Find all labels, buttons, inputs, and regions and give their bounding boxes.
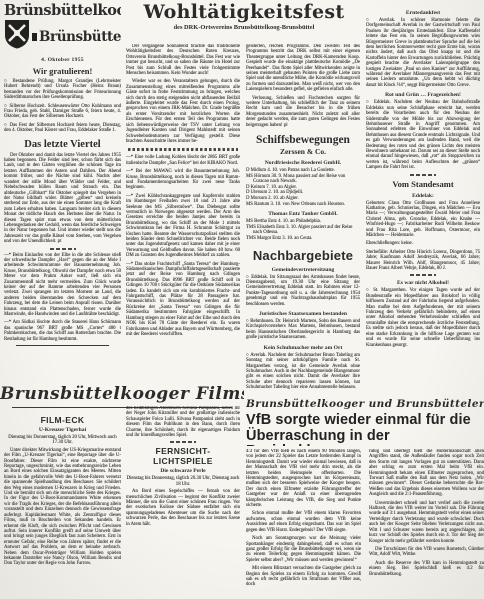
lead-paragraph: Der vergangene Sonnabend brachte das tra…	[126, 44, 240, 76]
showtimes: Dienstag bis Donnerstag, täglich 20 Uhr,…	[4, 435, 121, 446]
article-erntedankfest: ○ Averlak. In schöner Harmonie feierte d…	[366, 18, 480, 88]
news-brief-kuehlschrank: —* Zwei Kühlschrankaggregate und Kupferr…	[126, 194, 240, 259]
standesamt-geburten: Geburten: Claus Otto Großhusen und Frau …	[366, 201, 480, 239]
masthead: Brünsbüttelkoog Brünsbüttel 4. Oktober 1…	[4, 3, 121, 63]
film-eck-column: FILM-ECK U-Kreuzer Tigerhai Dienstag bis…	[4, 413, 121, 599]
sport-paragraph: 4:3 für den VfB hieß es nach einem 90 Mi…	[246, 449, 361, 508]
sport-paragraph: ruhig und überlegt hielt die Hintermanns…	[369, 449, 484, 498]
article-alkohol: ○ St. Margarethen. Vor einigen Tagen wur…	[366, 288, 480, 347]
showtimes: Dienstag bis Donnerstag, täglich 20.30 U…	[126, 476, 240, 487]
shipping-subhead-entz: Thomas Entz Tanker GmbH.	[246, 211, 360, 217]
sport-paragraph: Noch am Sonntagmorgen war die Meinung vi…	[246, 536, 361, 563]
lead-paragraph: geisterten, reichen Programms. Den zweit…	[246, 44, 360, 93]
masthead-bar-left	[32, 33, 37, 41]
sport-paragraph: Unvermindert schnell und hart verlief au…	[369, 501, 484, 544]
standesamt-eheschliessungen: Eheschließungen: keine.	[366, 241, 480, 246]
gratulieren-item: ○ Bestandene Prüfung. Margot Grandjes (L…	[4, 79, 121, 101]
gratulieren-item: ○ Das Fest der Silbernen Hochzeit feiern…	[4, 123, 121, 134]
film-review: Unter direkter Mitwirkung der US-Kriegsm…	[4, 448, 121, 567]
sport-headline-block: VfB sorgte wieder einmal für die Überras…	[246, 413, 484, 446]
column-1: Brünsbüttelkoog Brünsbüttel 4. Oktober 1…	[4, 3, 121, 383]
shipping-subhead-nordfriesische: Nordfriesische Reederei GmbH.	[246, 160, 360, 166]
coat-of-arms-icon	[4, 19, 30, 54]
column-end-rule	[16, 345, 110, 346]
masthead-title-line2: Brünsbüttel	[39, 29, 121, 45]
movie-die-schwarze-perle: Die schwarze Perle	[126, 468, 240, 474]
article-rot-und-gruen: ○ Eddelak. Nachdem der Neubau der Bahnho…	[366, 100, 480, 170]
newspaper-page: Brünsbüttelkoog Brünsbüttel 4. Oktober 1…	[0, 0, 484, 599]
ship-movement-line: MS Rantum 3. 10. von New Orleans nach Ho…	[246, 202, 360, 208]
heading-vom-standesamt: Vom Standesamt	[366, 180, 480, 189]
subhead-kein-schuhmacher: Kein Schuhmacher mehr am Ort	[246, 345, 360, 351]
heading-nachbargebiete: Nachbargebiete	[246, 248, 360, 263]
heading-rot-und-gruen: Rot und Grün … Fragezeichen!	[366, 92, 480, 98]
section-divider	[170, 441, 196, 443]
subhead-gemeindevertretersitzung: Gemeindevertretersitzung	[246, 267, 360, 273]
sport-headline: VfB sorgte wieder einmal für die Überras…	[246, 413, 484, 446]
news-brief-kohlen: —* Eine volle Ladung Kohlen löscht der 2…	[126, 155, 240, 166]
heading-es-war-nicht-alkohol: Es war nicht Alkohol!	[366, 280, 480, 286]
gratulieren-item: ○ Silberne Hochzeit. Schleusenwärter Ott…	[4, 104, 121, 120]
column-3: geisterten, reichen Programms. Den zweit…	[246, 44, 360, 394]
article-das-letzte-viertel: Der Oktober und damit das letzte Viertel…	[4, 153, 121, 245]
section-divider	[50, 248, 76, 250]
ship-movement-line: TMS Elisabeth Entz 3. 10. Algier passier…	[246, 225, 360, 236]
nachbar-item: ○ Averlak. Nachdem der Schuhmacher Bruno…	[246, 353, 360, 391]
shipping-firm: Zerssen & Co.	[246, 147, 360, 156]
news-brief-elbe: —* Beim Einlaufen von der Elbe in die al…	[4, 253, 121, 318]
filmspiegel-script-title: Brunsbüttelkooger Filmspiegel	[0, 384, 244, 404]
heading-wir-gratulieren: Wir gratulieren!	[4, 67, 121, 76]
sport-column-left: 4:3 für den VfB hieß es nach einem 90 Mi…	[246, 449, 361, 599]
standesamt-sterbefaelle: Sterbefälle: Arbeiter Otto Hinrich Loren…	[366, 250, 480, 272]
heading-erntedankfest: Erntedankfest	[366, 10, 480, 16]
lead-headline-block: Wohltätigkeitsfest des DRK-Ortsvereins B…	[126, 2, 362, 42]
heading-schiffsbewegungen: Schiffsbewegungen	[246, 134, 360, 146]
fernsicht-column: des heißblütigen Abenteuers Silvana Pamp…	[126, 406, 240, 599]
news-brief-santa-teresa: —* Das stolze Frachtschiff „Santa Teresa…	[126, 262, 240, 338]
nachbar-item: ○ Eddelak. Im Sitzungssaal des Amtshause…	[246, 275, 360, 307]
cinema-film-eck: FILM-ECK	[4, 415, 121, 425]
zigzag-divider	[128, 148, 238, 151]
lead-paragraph: Verlosung, Schießen und Fischstechen sor…	[246, 96, 360, 128]
film-review-continuation: des heißblütigen Abenteuers Silvana Pamp…	[126, 406, 240, 438]
issue-date: 4. Oktober 1955	[4, 57, 121, 63]
lead-article-subtitle: des DRK-Ortsvereins Brunsbüttelkoog-Brun…	[126, 24, 362, 31]
column-4: Erntedankfest ○ Averlak. In schöner Harm…	[366, 6, 480, 394]
ship-movement-line: TMS Margot Entz 3. 10. an Ceuta.	[246, 236, 360, 242]
movie-u-kreuzer-tigerhai: U-Kreuzer Tigerhai	[4, 427, 121, 433]
news-brief-suedkai: —* Am Südkai löschte durch die Stauerei …	[4, 320, 121, 342]
sport-body: 4:3 für den VfB hieß es nach einem 90 Mi…	[246, 449, 484, 599]
masthead-title-line1: Brünsbüttelkoog	[4, 3, 121, 18]
news-brief-mawag: —* Bei der MAWAG wird die Bauunternehmun…	[126, 169, 240, 191]
sport-column-right: ruhig und überlegt hielt die Hintermanns…	[369, 449, 484, 599]
ship-movement-line: MS Hörnum 30. 9. Mona passiert auf der R…	[246, 174, 360, 185]
subhead-staatsexamen: Juristisches Staatsexamen bestanden	[246, 311, 360, 317]
column-2: Der vergangene Sonnabend brachte das tra…	[126, 44, 240, 382]
standesamt-place: Eddelak:	[366, 193, 480, 199]
sport-paragraph: Mit einem Blitzstart versuchten die Gast…	[246, 566, 361, 588]
heading-das-letzte-viertel: Das letzte Viertel	[4, 139, 121, 150]
section-divider	[410, 174, 436, 176]
section-divider	[410, 274, 436, 276]
lead-paragraph: Wieder war es den Veranstaltern gelungen…	[126, 79, 240, 144]
sport-paragraph: Auch die Reserve des VfB kam in Hemmings…	[369, 561, 484, 577]
nachbar-item: ○ Behmhusen. Dr. Heinrich Martens, Sohn …	[246, 319, 360, 341]
film-review: An Bord eines Segelschiffes — fernab von…	[126, 489, 240, 527]
sport-script-title: Brunsbüttelkooger und Brunsbütteler Spor…	[246, 398, 484, 410]
cinema-fernsicht-lichtspiele: FERNSICHT-LICHTSPIELE	[126, 446, 240, 466]
lead-article-title: Wohltätigkeitsfest	[126, 2, 362, 22]
sport-paragraph: Schon einmal mußte der VfB einem klaren …	[246, 511, 361, 533]
sport-paragraph: Die Torschützen für den VfB waren Romets…	[369, 547, 484, 558]
sport-header: Brunsbüttelkooger und Brunsbütteler Spor…	[246, 398, 484, 412]
